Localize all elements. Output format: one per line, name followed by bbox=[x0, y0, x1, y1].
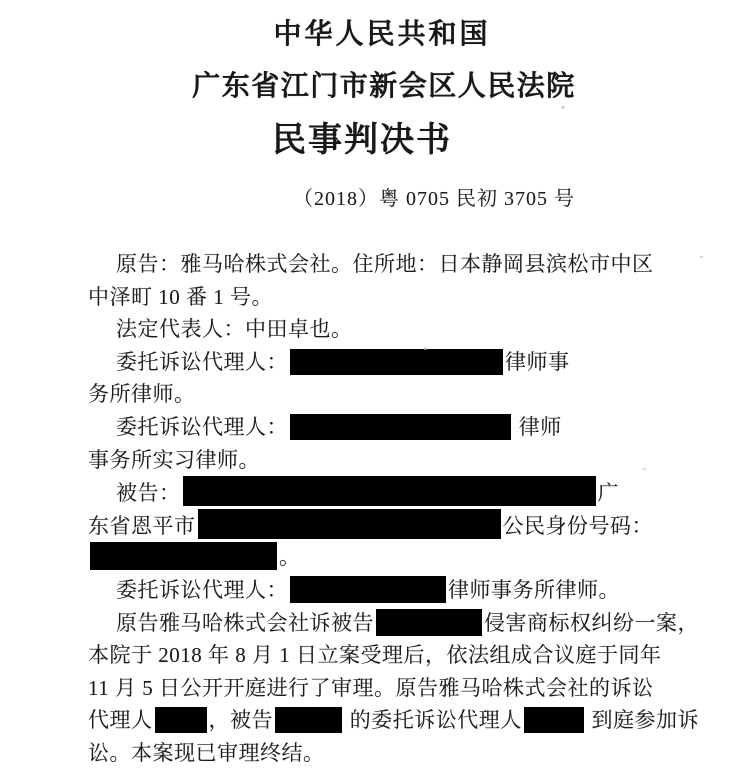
body-text: 事务所实习律师。 bbox=[88, 448, 260, 472]
redaction-box bbox=[290, 576, 446, 603]
body-text: 中泽町 10 番 1 号。 bbox=[88, 285, 273, 309]
document-title: 民事判决书 bbox=[0, 112, 732, 161]
body-line: 委托诉讼代理人：律师事务所律师。 bbox=[88, 574, 710, 607]
body-text: 律师事务所律师。 bbox=[448, 578, 620, 602]
scan-speck bbox=[643, 468, 646, 470]
body-line: 事务所实习律师。 bbox=[88, 444, 710, 477]
case-number: （2018）粤 0705 民初 3705 号 bbox=[293, 182, 575, 211]
body-line: 本院于 2018 年 8 月 1 日立案受理后，依法组成合议庭于同年 bbox=[88, 639, 710, 672]
body-line: 委托诉讼代理人： 律师 bbox=[88, 411, 710, 444]
body-text: 被告： bbox=[116, 481, 181, 505]
body-text: 东省恩平市 bbox=[88, 514, 196, 538]
body-text: 委托诉讼代理人： bbox=[116, 578, 288, 602]
body-text: 公民身份号码： bbox=[503, 514, 654, 538]
body-text: 法定代表人：中田卓也。 bbox=[116, 317, 353, 341]
body-line: 11 月 5 日公开开庭进行了审理。原告雅马哈株式会社的诉讼 bbox=[88, 672, 710, 705]
body-line: 被告：广 bbox=[88, 476, 710, 509]
body-line: 原告：雅马哈株式会社。住所地：日本静岡县滨松市中区 bbox=[88, 248, 710, 281]
header-court-name: 广东省江门市新会区人民法院 bbox=[14, 64, 740, 104]
body-line: 东省恩平市公民身份号码： bbox=[88, 509, 710, 542]
body-line: 委托诉讼代理人：律师事 bbox=[88, 346, 710, 379]
body-line: 讼。本案现已审理终结。 bbox=[88, 737, 710, 770]
body-text: 11 月 5 日公开开庭进行了审理。原告雅马哈株式会社的诉讼 bbox=[88, 676, 653, 700]
redaction-box bbox=[524, 707, 584, 733]
redaction-box bbox=[290, 414, 511, 440]
body-line: 。 bbox=[88, 541, 710, 574]
body-text: 委托诉讼代理人： bbox=[116, 415, 288, 439]
redaction-box bbox=[376, 609, 482, 636]
body-text: 委托诉讼代理人： bbox=[116, 350, 288, 374]
body-text: 。 bbox=[279, 545, 301, 569]
body-text: 侵害商标权纠纷一案， bbox=[484, 611, 699, 635]
body-text: 广 bbox=[598, 481, 620, 505]
scan-speck bbox=[424, 347, 427, 350]
redaction-box bbox=[198, 509, 501, 539]
body-line: 务所律师。 bbox=[88, 378, 710, 411]
scan-speck bbox=[540, 629, 543, 632]
body-text: 到庭参加诉 bbox=[586, 708, 699, 732]
body-text: 务所律师。 bbox=[88, 382, 196, 406]
body-text: 律师 bbox=[513, 415, 562, 439]
body-text: 原告雅马哈株式会社诉被告 bbox=[116, 611, 374, 635]
body-text: 原告：雅马哈株式会社。住所地：日本静岡县滨松市中区 bbox=[116, 252, 654, 276]
body-text: 代理人 bbox=[88, 708, 153, 732]
body-text: 本院于 2018 年 8 月 1 日立案受理后，依法组成合议庭于同年 bbox=[88, 643, 662, 667]
redaction-box bbox=[290, 349, 503, 375]
body-line: 代理人，被告 的委托诉讼代理人 到庭参加诉 bbox=[88, 704, 710, 737]
scan-speck bbox=[561, 106, 565, 109]
body-text: 律师事 bbox=[505, 350, 570, 374]
scan-speck bbox=[700, 256, 703, 258]
redaction-box bbox=[275, 707, 342, 733]
header-country: 中华人民共和国 bbox=[12, 12, 740, 52]
document-body: 原告：雅马哈株式会社。住所地：日本静岡县滨松市中区中泽町 10 番 1 号。法定… bbox=[88, 248, 710, 770]
body-text: ，被告 bbox=[209, 708, 274, 732]
redaction-box bbox=[183, 476, 596, 506]
body-line: 法定代表人：中田卓也。 bbox=[88, 313, 710, 346]
redaction-box bbox=[155, 707, 207, 733]
judgment-document-page: 中华人民共和国 广东省江门市新会区人民法院 民事判决书 （2018）粤 0705… bbox=[0, 0, 740, 775]
body-text: 讼。本案现已审理终结。 bbox=[88, 741, 325, 765]
redaction-box bbox=[90, 542, 277, 570]
body-text: 的委托诉讼代理人 bbox=[344, 708, 522, 732]
body-line: 中泽町 10 番 1 号。 bbox=[88, 281, 710, 314]
body-line: 原告雅马哈株式会社诉被告侵害商标权纠纷一案， bbox=[88, 607, 710, 640]
